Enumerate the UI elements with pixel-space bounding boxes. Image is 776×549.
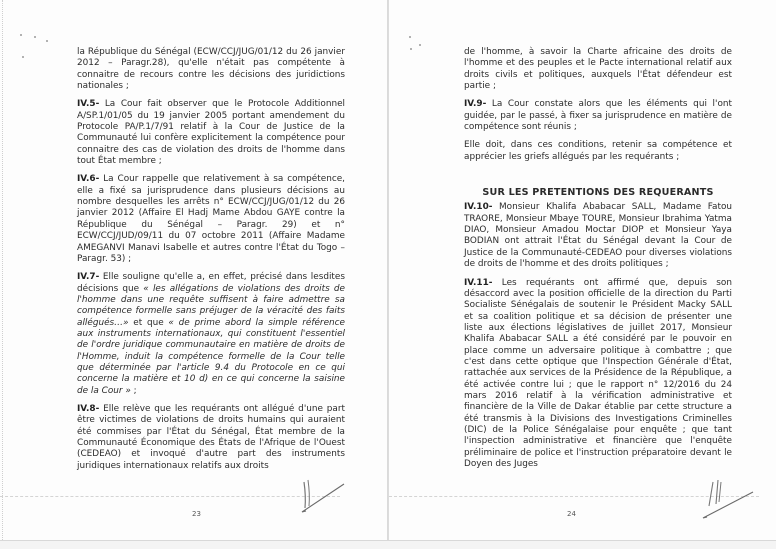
signature-initials-icon: [300, 478, 380, 538]
paragraph-iv-10: IV.10- Monsieur Khalifa Ababacar SALL, M…: [464, 202, 732, 270]
paragraph-conclusion: Elle doit, dans ces conditions, retenir …: [464, 140, 732, 163]
paragraph-iv-7: IV.7- Elle souligne qu'elle a, en effet,…: [77, 272, 345, 397]
paragraph-number: IV.6-: [77, 174, 99, 184]
signature-initials-icon: [693, 478, 773, 538]
footer-rule: [0, 496, 340, 498]
paragraph-iv-5: IV.5- La Cour fait observer que le Proto…: [77, 99, 345, 167]
paragraph-number: IV.7-: [77, 272, 99, 282]
paragraph-number: IV.9-: [464, 99, 486, 109]
paragraph-continuation: la République du Sénégal (ECW/CCJ/JUG/01…: [77, 47, 345, 92]
paragraph-iv-11: IV.11- Les requérants ont affirmé que, d…: [464, 278, 732, 471]
paragraph-iv-9: IV.9- La Cour constate alors que les élé…: [464, 99, 732, 133]
right-page-body: de l'homme, à savoir la Charte africaine…: [464, 47, 732, 477]
paragraph-number: IV.11-: [464, 278, 492, 288]
paragraph-iv-6: IV.6- La Cour rappelle que relativement …: [77, 174, 345, 265]
left-page-body: la République du Sénégal (ECW/CCJ/JUG/01…: [77, 47, 345, 479]
quotation: « de prime abord la simple référence aux…: [77, 318, 345, 396]
scan-specks: [409, 34, 449, 64]
paragraph-number: IV.8-: [77, 404, 99, 414]
paragraph-number: IV.10-: [464, 202, 492, 212]
paragraph-iv-8: IV.8- Elle relève que les requérants ont…: [77, 404, 345, 472]
page-23: la République du Sénégal (ECW/CCJ/JUG/01…: [0, 0, 388, 540]
document-spread: la République du Sénégal (ECW/CCJ/JUG/01…: [0, 0, 776, 541]
page-number: 23: [192, 510, 201, 518]
page-number: 24: [567, 510, 576, 518]
section-heading: SUR LES PRETENTIONS DES REQUERANTS: [464, 187, 732, 198]
paragraph-number: IV.5-: [77, 99, 99, 109]
paragraph-continuation: de l'homme, à savoir la Charte africaine…: [464, 47, 732, 92]
page-24: de l'homme, à savoir la Charte africaine…: [389, 0, 776, 540]
scan-specks: [20, 34, 60, 64]
